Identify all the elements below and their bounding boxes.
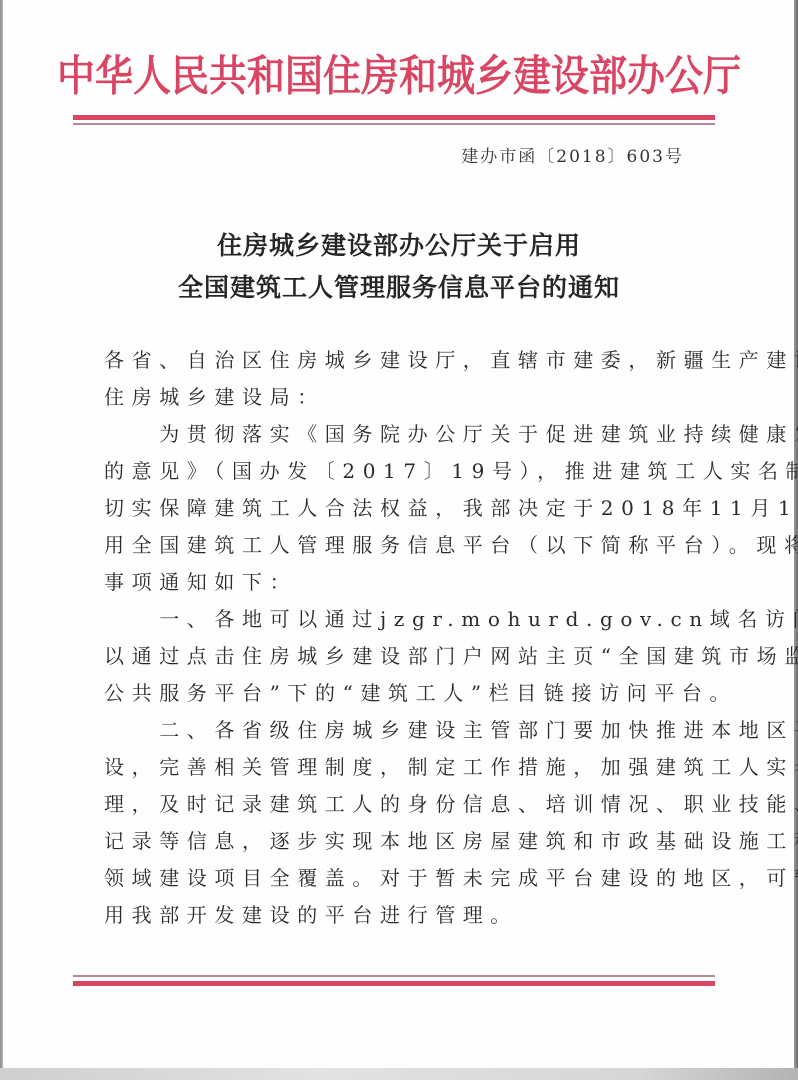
body-line: 以通过点击住房城乡建设部门户网站主页“全国建筑市场监管 (104, 638, 694, 675)
body-line: 为贯彻落实《国务院办公厅关于促进建筑业持续健康发展 (104, 416, 694, 453)
scan-bottom-band (0, 1068, 798, 1080)
body-line: 记录等信息，逐步实现本地区房屋建筑和市政基础设施工程建设 (104, 823, 694, 860)
document-title-line-1: 住房城乡建设部办公厅关于启用 (0, 229, 798, 263)
body-line: 用全国建筑工人管理服务信息平台（以下简称平台）。现将有关 (104, 527, 694, 564)
body-line: 领域建设项目全覆盖。对于暂未完成平台建设的地区，可暂时使 (104, 860, 694, 897)
body-line: 各省、自治区住房城乡建设厅，直辖市建委，新疆生产建设兵团 (104, 342, 694, 379)
footer-rule-thin (73, 975, 715, 977)
footer-rule-thick (73, 981, 715, 986)
document-title-line-2: 全国建筑工人管理服务信息平台的通知 (0, 271, 798, 305)
body-line: 理，及时记录建筑工人的身份信息、培训情况、职业技能、从业 (104, 786, 694, 823)
body-line: 二、各省级住房城乡建设主管部门要加快推进本地区平台建 (104, 712, 694, 749)
body-line: 的意见》（国办发〔2017〕19号），推进建筑工人实名制管理， (104, 453, 694, 490)
document-body: 各省、自治区住房城乡建设厅，直辖市建委，新疆生产建设兵团 住房城乡建设局： 为贯… (104, 342, 694, 934)
header-rule-thick (73, 115, 715, 120)
body-line: 住房城乡建设局： (104, 379, 694, 416)
body-line: 设，完善相关管理制度，制定工作措施，加强建筑工人实名制管 (104, 749, 694, 786)
body-line: 用我部开发建设的平台进行管理。 (104, 897, 694, 934)
body-line: 一、各地可以通过jzgr.mohurd.gov.cn域名访问平台，也可 (104, 601, 694, 638)
organization-header: 中华人民共和国住房和城乡建设部办公厅 (0, 49, 798, 103)
body-line: 切实保障建筑工人合法权益，我部决定于2018年11月12日启 (104, 490, 694, 527)
body-line: 公共服务平台”下的“建筑工人”栏目链接访问平台。 (104, 675, 694, 712)
body-line: 事项通知如下： (104, 564, 694, 601)
document-number: 建办市函〔2018〕603号 (461, 145, 684, 169)
header-rule-thin (73, 123, 715, 125)
